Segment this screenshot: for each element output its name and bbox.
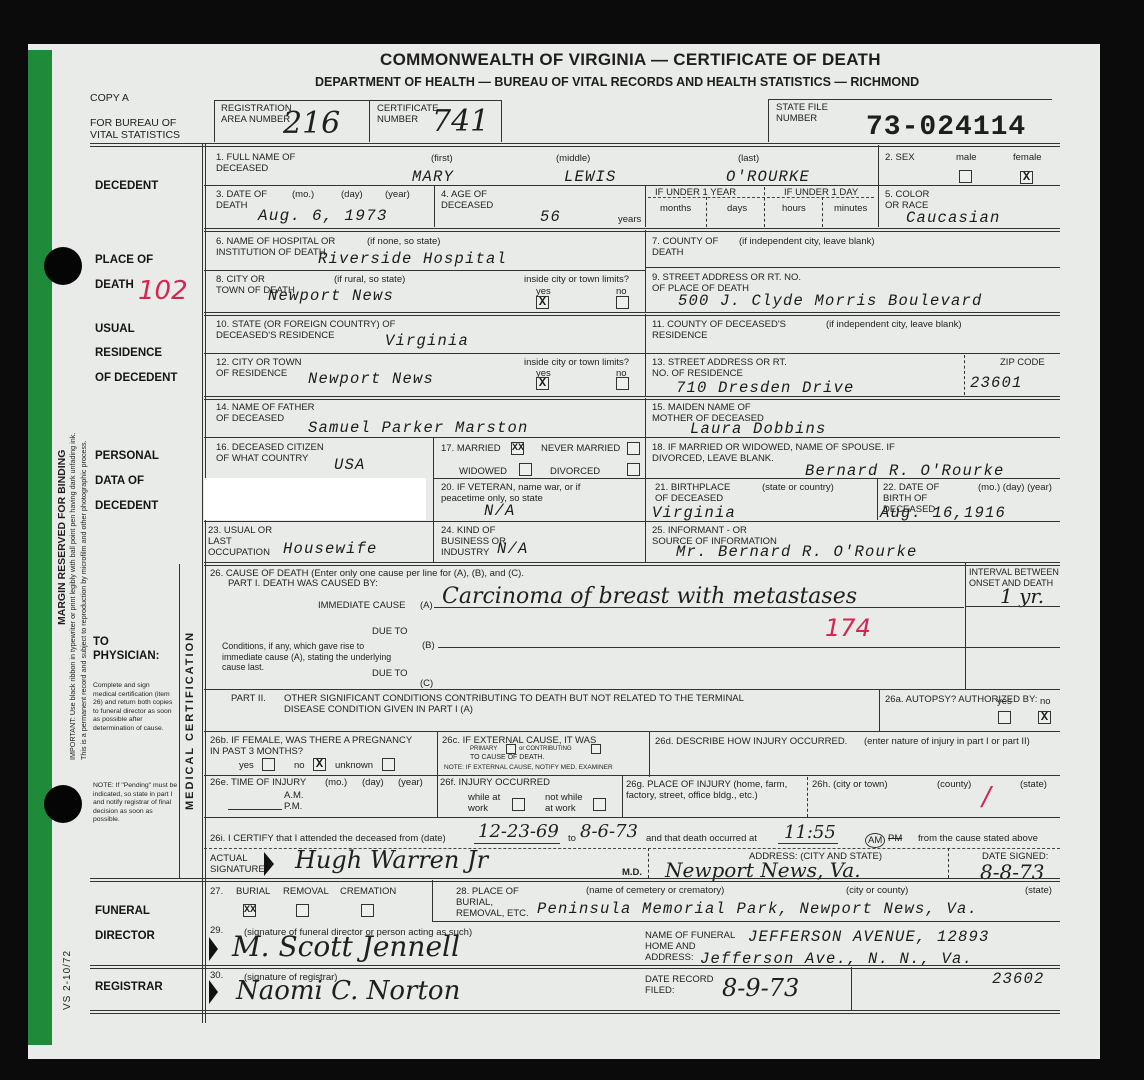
section-usual-residence-2: RESIDENCE	[95, 347, 162, 359]
section-funeral: FUNERAL	[95, 905, 150, 917]
city-of-death-hint: (if rural, so state)	[334, 274, 405, 285]
cause-a-label: (A)	[420, 600, 433, 611]
time-of-death: 11:55	[784, 822, 836, 843]
attended-from-date: 12-23-69	[478, 821, 559, 842]
injury-occurred-label: 26f. INJURY OCCURRED	[440, 777, 550, 788]
residence-city: Newport News	[308, 370, 434, 388]
burial-label: BURIAL	[236, 886, 270, 897]
county-of-death-hint: (if independent city, leave blank)	[739, 236, 875, 247]
cause-code-annotation: 174	[825, 614, 871, 642]
autopsy-no-checkbox[interactable]: X	[1038, 711, 1051, 724]
pregnancy-label: 26b. IF FEMALE, WAS THERE A PREGNANCY IN…	[210, 735, 420, 757]
margin-important-text: IMPORTANT: Use black ribbon in typewrite…	[68, 433, 77, 760]
from-cause-text: from the cause stated above	[918, 833, 1038, 844]
last-label: (last)	[738, 153, 759, 164]
day-label: (day)	[341, 189, 363, 200]
cemetery-hint: (name of cemetery or crematory)	[586, 885, 724, 896]
injury-description-hint: (enter nature of injury in part I or par…	[864, 736, 1030, 747]
months-label: months	[660, 203, 691, 214]
male-checkbox[interactable]	[959, 170, 972, 183]
binding-strip	[28, 50, 52, 1045]
birthplace: Virginia	[652, 504, 736, 522]
autopsy-yes-checkbox[interactable]	[998, 711, 1011, 724]
autopsy-yes-label: yes	[997, 696, 1012, 707]
to-cause-label: TO CAUSE OF DEATH.	[470, 753, 544, 762]
certificate-title: COMMONWEALTH OF VIRGINIA — CERTIFICATE O…	[380, 50, 881, 70]
race-value: Caucasian	[906, 209, 1001, 227]
interval-value: 1 yr.	[1000, 584, 1044, 608]
sex-label: 2. SEX	[885, 152, 915, 163]
never-married-label: NEVER MARRIED	[541, 443, 620, 454]
county-of-death-label: 7. COUNTY OF DEATH	[652, 236, 732, 258]
disposition-label: 27.	[210, 886, 223, 897]
conditions-note: Conditions, if any, which gave rise to i…	[222, 641, 397, 673]
occupation-label: 23. USUAL OR LAST OCCUPATION	[208, 525, 288, 558]
state-file-number: 73-024114	[866, 112, 1026, 143]
pm-label: P.M.	[284, 801, 302, 812]
minutes-label: minutes	[834, 203, 867, 214]
divorced-label: DIVORCED	[550, 466, 600, 477]
birthplace-label: 21. BIRTHPLACE OF DECEASED	[655, 482, 735, 504]
date-of-birth: Aug. 16,1916	[880, 504, 1006, 522]
injury-year-label: (year)	[398, 777, 423, 788]
punch-hole	[44, 247, 82, 285]
time-of-injury-label: 26e. TIME OF INJURY	[210, 777, 306, 788]
veteran-label: 20. IF VETERAN, name war, or if peacetim…	[441, 482, 591, 504]
middle-name: LEWIS	[564, 168, 617, 186]
death-occurred-text: and that death occurred at	[646, 833, 757, 844]
residence-address: 710 Dresden Drive	[676, 379, 855, 397]
occupation: Housewife	[283, 540, 378, 558]
residence-county-label: 11. COUNTY OF DECEASED'S RESIDENCE	[652, 319, 822, 341]
first-label: (first)	[431, 153, 453, 164]
hours-label: hours	[782, 203, 806, 214]
father-label: 14. NAME OF FATHER OF DECEASED	[216, 402, 316, 424]
injury-county-label: (county)	[937, 779, 971, 790]
physician-signature[interactable]: Hugh Warren Jr	[295, 846, 488, 874]
due-to-label: DUE TO	[372, 626, 408, 637]
residence-inside-limits-yes-checkbox[interactable]: X	[536, 377, 549, 390]
injury-mo-label: (mo.)	[325, 777, 347, 788]
days-label: days	[727, 203, 747, 214]
section-usual-residence-3: OF DECEDENT	[95, 372, 177, 384]
certificate-number-value: 741	[432, 104, 489, 139]
years-label: years	[618, 214, 641, 225]
immediate-cause-label: IMMEDIATE CAUSE	[318, 600, 405, 611]
section-personal-data-3: DECEDENT	[95, 500, 158, 512]
section-to-physician: TO	[93, 636, 109, 648]
section-place-of-death-2: DEATH	[95, 279, 134, 291]
while-at-work-label: while at work	[468, 792, 508, 814]
female-label: female	[1013, 152, 1042, 163]
divorced-checkbox[interactable]	[627, 463, 640, 476]
director-arrow-icon	[209, 937, 218, 961]
margin-permanent-text: This is a permanent record and subject t…	[79, 440, 88, 760]
informant: Mr. Bernard R. O'Rourke	[676, 543, 918, 561]
birthplace-hint: (state or country)	[762, 482, 834, 493]
burial-state-hint: (state)	[1025, 885, 1052, 896]
residence-state: Virginia	[385, 332, 469, 350]
place-of-burial-label: 28. PLACE OF BURIAL, REMOVAL, ETC.	[456, 886, 536, 919]
registrar-signature[interactable]: Naomi C. Norton	[236, 976, 460, 1006]
copy-label: COPY A	[90, 92, 129, 104]
pregnancy-yes-checkbox[interactable]	[262, 758, 275, 771]
margin-binding-text: MARGIN RESERVED FOR BINDING	[56, 450, 68, 625]
dob-hint: (mo.) (day) (year)	[978, 482, 1052, 493]
date-filed: 8-9-73	[722, 974, 799, 1002]
city-of-death: Newport News	[268, 287, 394, 305]
age-label: 4. AGE OF DECEASED	[441, 189, 521, 211]
md-label: M.D.	[622, 867, 642, 878]
death-inside-limits-yes-checkbox[interactable]: X	[536, 296, 549, 309]
autopsy-no-label: no	[1040, 696, 1051, 707]
removal-label: REMOVAL	[283, 886, 329, 897]
section-decedent: DECEDENT	[95, 180, 158, 192]
hospital-hint: (if none, so state)	[367, 236, 440, 247]
residence-address-label: 13. STREET ADDRESS OR RT. NO. OF RESIDEN…	[652, 357, 802, 379]
contributing-checkbox[interactable]	[591, 744, 601, 754]
last-name: O'ROURKE	[726, 168, 810, 186]
form-code: VS 2-10/72	[62, 950, 73, 1010]
female-checkbox[interactable]: X	[1020, 171, 1033, 184]
director-signature-label: 29.	[210, 925, 223, 936]
cremation-label: CREMATION	[340, 886, 396, 897]
middle-label: (middle)	[556, 153, 590, 164]
cremation-checkbox[interactable]	[361, 904, 374, 917]
never-married-checkbox[interactable]	[627, 442, 640, 455]
funeral-home-line1: JEFFERSON AVENUE, 12893	[748, 928, 990, 946]
spouse-label: 18. IF MARRIED OR WIDOWED, NAME OF SPOUS…	[652, 442, 912, 464]
external-note: NOTE: IF EXTERNAL CAUSE, NOTIFY MED. EXA…	[444, 763, 613, 772]
hospital-name: Riverside Hospital	[318, 250, 507, 268]
residence-city-label: 12. CITY OR TOWN OF RESIDENCE	[216, 357, 306, 379]
section-to-physician-2: PHYSICIAN:	[93, 650, 159, 662]
due-to-label-2: DUE TO	[372, 668, 408, 679]
autopsy-label: 26a. AUTOPSY? AUTHORIZED BY:	[885, 694, 1037, 705]
widowed-label: WIDOWED	[459, 466, 507, 477]
injury-city-label: 26h. (city or town)	[812, 779, 888, 790]
not-while-at-work-label: not while at work	[545, 792, 593, 814]
residence-inside-limits-no-checkbox[interactable]	[616, 377, 629, 390]
pending-note: NOTE: If "Pending" must be indicated, so…	[93, 782, 178, 825]
residence-county-hint: (if independent city, leave blank)	[826, 319, 962, 330]
section-personal-data-2: DATA OF	[95, 475, 144, 487]
cause-c-label: (C)	[420, 678, 433, 689]
pregnancy-no-label: no	[294, 760, 305, 771]
state-file-label: STATE FILE NUMBER	[776, 102, 836, 124]
cause-a-value: Carcinoma of breast with metastases	[442, 584, 857, 609]
father-name: Samuel Parker Marston	[308, 419, 529, 437]
section-funeral-director: DIRECTOR	[95, 930, 155, 942]
copy-for-label: FOR BUREAU OF VITAL STATISTICS	[90, 117, 200, 141]
section-usual-residence: USUAL	[95, 323, 135, 335]
married-label: 17. MARRIED	[441, 443, 501, 454]
injury-day-label: (day)	[362, 777, 384, 788]
part1-label: PART I. DEATH WAS CAUSED BY:	[228, 578, 378, 589]
married-checkbox[interactable]: XX	[511, 442, 524, 455]
section-registrar: REGISTRAR	[95, 981, 163, 993]
place-of-injury-label: 26g. PLACE OF INJURY (home, farm, factor…	[626, 779, 806, 801]
part2-text: OTHER SIGNIFICANT CONDITIONS CONTRIBUTIN…	[284, 693, 784, 715]
death-address-label: 9. STREET ADDRESS OR RT. NO. OF PLACE OF…	[652, 272, 812, 294]
registration-area-value: 216	[283, 106, 340, 141]
pregnancy-yes-label: yes	[239, 760, 254, 771]
widowed-checkbox[interactable]	[519, 463, 532, 476]
burial-checkbox[interactable]: XX	[243, 904, 256, 917]
while-at-work-checkbox[interactable]	[512, 798, 525, 811]
mo-label: (mo.)	[292, 189, 314, 200]
section-personal-data: PERSONAL	[95, 450, 159, 462]
pregnancy-unknown-checkbox[interactable]	[382, 758, 395, 771]
age-value: 56	[540, 208, 561, 226]
medical-certification-label: MEDICAL CERTIFICATION	[184, 631, 196, 810]
first-name: MARY	[412, 168, 454, 186]
injury-mark-annotation: /	[982, 782, 991, 812]
not-while-at-work-checkbox[interactable]	[593, 798, 606, 811]
am-label: A.M.	[284, 790, 304, 801]
citizenship: USA	[334, 456, 366, 474]
cause-b-label: (B)	[422, 640, 435, 651]
removal-checkbox[interactable]	[296, 904, 309, 917]
year-label: (year)	[385, 189, 410, 200]
registrar-zip: 23602	[992, 970, 1045, 988]
injury-state-label: (state)	[1020, 779, 1047, 790]
date-of-death: Aug. 6, 1973	[258, 207, 388, 225]
certificate-subtitle: DEPARTMENT OF HEALTH — BUREAU OF VITAL R…	[315, 75, 919, 89]
signature-arrow-icon	[264, 852, 274, 876]
physician-instructions: Complete and sign medical certification …	[93, 682, 173, 733]
death-inside-limits-no-checkbox[interactable]	[616, 296, 629, 309]
punch-hole	[44, 785, 82, 823]
part2-label: PART II.	[231, 693, 266, 704]
inside-limits-label-2: inside city or town limits?	[524, 357, 629, 368]
death-address: 500 J. Clyde Morris Boulevard	[678, 292, 983, 310]
registrar-arrow-icon	[209, 980, 218, 1004]
funeral-director-signature[interactable]: M. Scott Jennell	[232, 930, 460, 963]
male-label: male	[956, 152, 977, 163]
full-name-label: 1. FULL NAME OF DECEASED	[216, 152, 306, 174]
pregnancy-no-checkbox[interactable]: X	[313, 758, 326, 771]
veteran-status: N/A	[484, 502, 516, 520]
to-label: to	[568, 833, 576, 844]
place-code-annotation: 102	[138, 276, 188, 306]
date-filed-label: DATE RECORD FILED:	[645, 974, 715, 996]
injury-description-label: 26d. DESCRIBE HOW INJURY OCCURRED.	[655, 736, 847, 747]
zip-label: ZIP CODE	[1000, 357, 1045, 368]
certify-text: 26i. I CERTIFY that I attended the decea…	[210, 833, 446, 844]
race-label: 5. COLOR OR RACE	[885, 189, 945, 211]
pregnancy-unknown-label: unknown	[335, 760, 373, 771]
redacted-field	[204, 478, 426, 520]
mother-maiden-name: Laura Dobbins	[690, 420, 827, 438]
industry: N/A	[497, 540, 529, 558]
residence-zip: 23601	[970, 374, 1023, 392]
section-place-of-death: PLACE OF	[95, 254, 153, 266]
city-county-hint: (city or county)	[846, 885, 908, 896]
actual-signature-label: ACTUAL SIGNATURE	[210, 853, 260, 875]
pm-struck: PM	[888, 833, 902, 844]
inside-limits-label: inside city or town limits?	[524, 274, 629, 285]
attended-to-date: 8-6-73	[580, 821, 638, 842]
citizen-label: 16. DECEASED CITIZEN OF WHAT COUNTRY	[216, 442, 336, 464]
place-of-burial: Peninsula Memorial Park, Newport News, V…	[537, 900, 978, 918]
